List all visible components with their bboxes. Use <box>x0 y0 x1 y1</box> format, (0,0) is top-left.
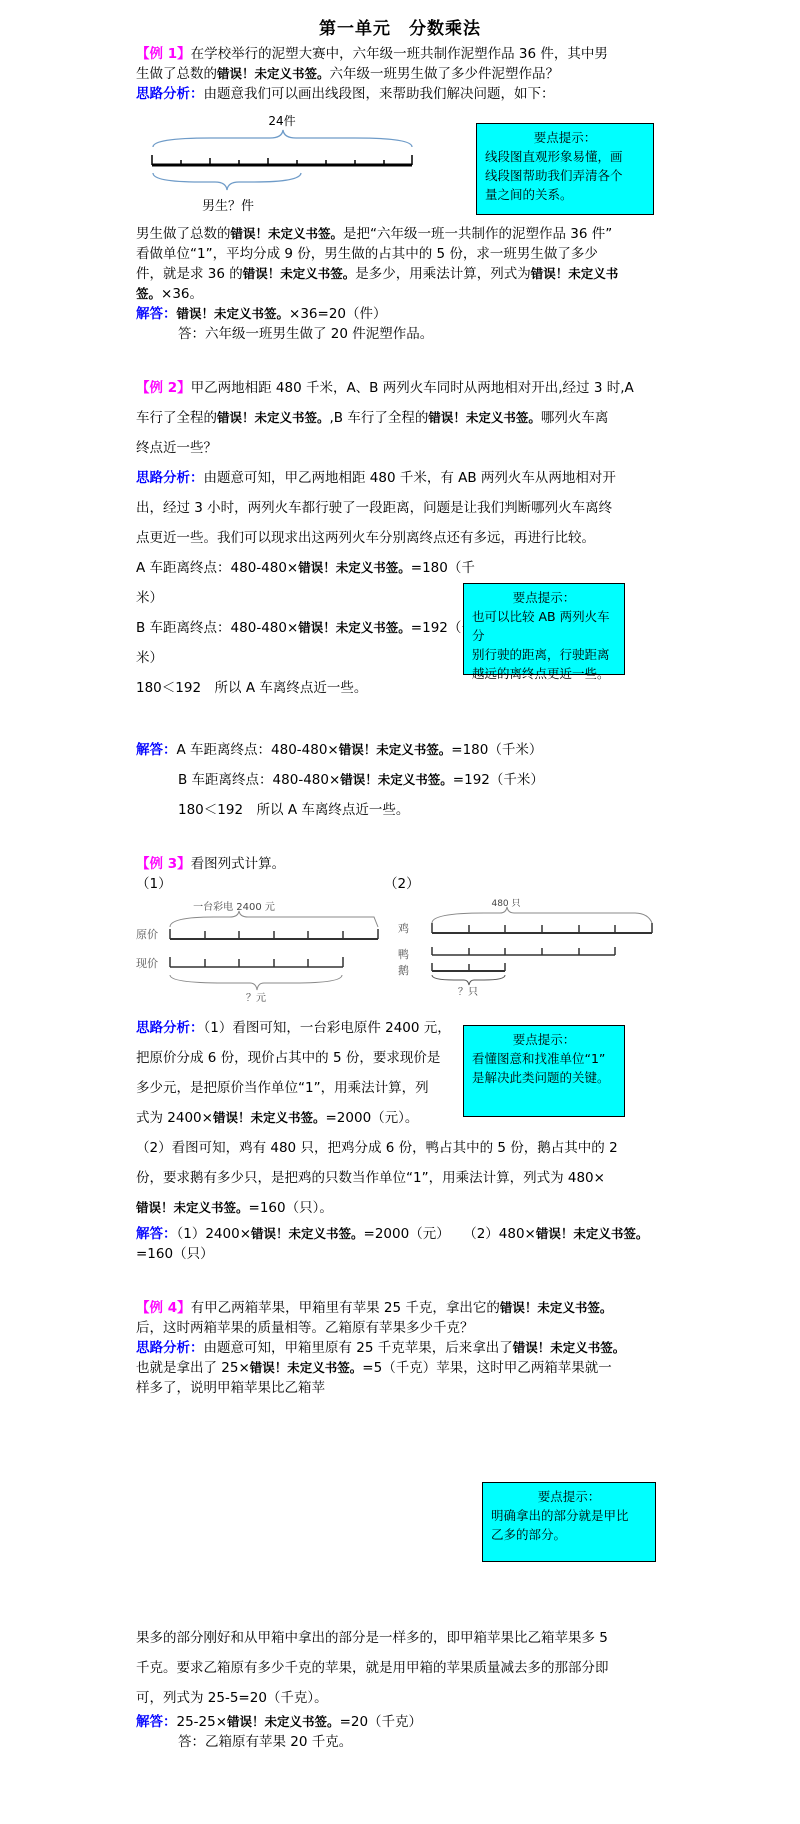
error-bookmark: 错误！未定义书签。 <box>136 1200 249 1215</box>
answer-label: 解答： <box>136 306 177 322</box>
analysis-label: 思路分析： <box>136 470 204 486</box>
example-1-question-line2: 生做了总数的错误！未定义书签。六年级一班男生做了多少件泥塑作品？ <box>136 64 676 84</box>
page-title: 第一单元 分数乘法 <box>0 14 800 39</box>
price-diagram: 一台彩电 2400 元 原价 现价 ？元 <box>134 895 384 1005</box>
error-bookmark: 错误！未定义书签。 <box>513 1340 626 1355</box>
segment-diagram-1: 24件 男生？件 <box>140 110 430 220</box>
svg-text:鸡: 鸡 <box>398 921 409 935</box>
error-bookmark: 错误！未定义书签。 <box>340 772 453 787</box>
example-1-question-line1: 【例 1】在学校举行的泥塑大赛中，六年级一班共制作泥塑作品 36 件，其中男 <box>136 44 676 64</box>
error-bookmark: 错误！未定义书签。 <box>536 1226 649 1241</box>
example-tag: 【例 4】 <box>136 1300 191 1316</box>
svg-text:原价: 原价 <box>136 928 158 941</box>
error-bookmark: 错误！未定义书签。 <box>177 306 290 321</box>
error-bookmark: 错误！未定义书签。 <box>243 266 356 281</box>
bottom-brace <box>153 173 301 190</box>
answer-label: 解答： <box>136 1714 177 1730</box>
analysis-label: 思路分析： <box>136 1020 204 1036</box>
error-bookmark: 错误！未定义书签。 <box>251 1226 364 1241</box>
error-bookmark: 错误！未定义书签。 <box>227 1714 340 1729</box>
tip-box: 要点提示： 看懂图意和找准单位“1” 是解决此类问题的关键。 <box>463 1025 625 1117</box>
svg-text:480 只: 480 只 <box>491 898 520 909</box>
error-bookmark: 错误！未定义书签。 <box>217 410 330 425</box>
tip-box: 要点提示： 也可以比较 AB 两列火车分 别行驶的距离，行驶距离 越远的离终点更… <box>463 583 625 675</box>
svg-text:鹅: 鹅 <box>398 964 409 977</box>
example-tag: 【例 2】 <box>136 380 191 396</box>
error-bookmark: 错误！未定义书签。 <box>231 226 344 241</box>
example-1-analysis-intro: 思路分析：由题意我们可以画出线段图，来帮助我们解决问题，如下： <box>136 84 676 104</box>
tip-box: 要点提示： 明确拿出的部分就是甲比 乙多的部分。 <box>482 1482 656 1562</box>
svg-text:现价: 现价 <box>136 957 158 970</box>
error-bookmark: 错误！未定义书签。 <box>250 1360 363 1375</box>
top-brace <box>153 130 412 147</box>
poultry-diagram: 480 只 鸡 鸭 鹅 ？只 <box>384 895 664 1005</box>
svg-text:鸭: 鸭 <box>398 947 409 961</box>
analysis-label: 思路分析： <box>136 86 204 102</box>
tip-box: 要点提示： 线段图直观形象易懂，画 线段图帮助我们弄清各个 量之间的关系。 <box>476 123 654 215</box>
diagram-bottom-label: 男生？件 <box>202 198 254 214</box>
svg-text:？元: ？元 <box>246 992 266 1004</box>
error-bookmark: 错误！未定义书签。 <box>298 620 411 635</box>
error-bookmark: 错误！未定义书签。 <box>213 1110 326 1125</box>
example-tag: 【例 3】 <box>136 856 191 872</box>
svg-text:一台彩电 2400 元: 一台彩电 2400 元 <box>193 900 275 913</box>
example-1-answer: 解答：错误！未定义书签。×36=20（件） <box>136 304 676 324</box>
svg-text:？只: ？只 <box>458 986 478 998</box>
answer-label: 解答： <box>136 1226 177 1242</box>
error-bookmark: 错误！未定义书 <box>531 266 619 281</box>
analysis-label: 思路分析： <box>136 1340 204 1356</box>
error-bookmark: 错误！未定义书签。 <box>217 66 330 81</box>
diagram-top-label: 24件 <box>268 113 295 128</box>
example-tag: 【例 1】 <box>136 46 191 62</box>
error-bookmark: 错误！未定义书签。 <box>500 1300 613 1315</box>
answer-label: 解答： <box>136 742 177 758</box>
error-bookmark: 错误！未定义书签。 <box>428 410 541 425</box>
error-bookmark: 错误！未定义书签。 <box>298 560 411 575</box>
error-bookmark: 错误！未定义书签。 <box>339 742 452 757</box>
